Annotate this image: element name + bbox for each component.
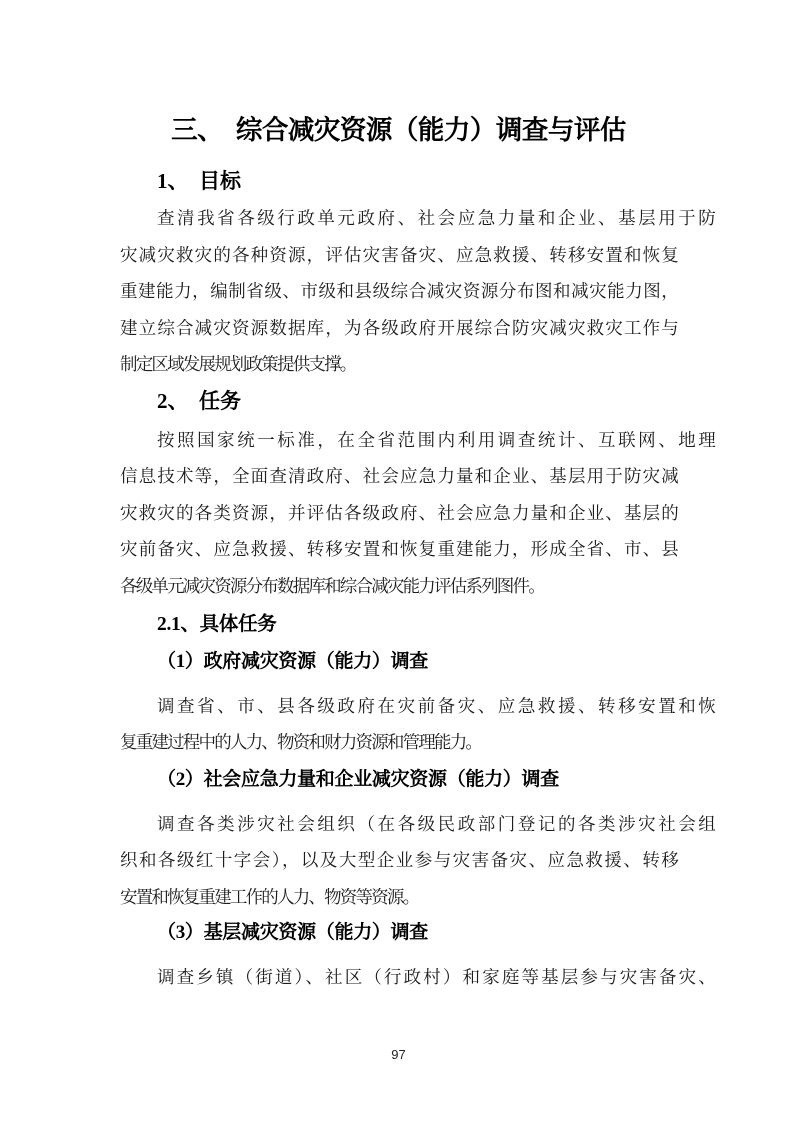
paragraph-line: 各级单元减灾资源分布数据库和综合减灾能力评估系列图件。 xyxy=(120,574,677,598)
heading-subtask: 2.1、具体任务 xyxy=(120,612,714,638)
paragraph-line: 复重建过程中的人力、物资和财力资源和管理能力。 xyxy=(120,730,677,754)
document-page: 三、 综合减灾资源（能力）调查与评估 1、 目标 查清我省各级行政单元政府、社会… xyxy=(0,0,793,1122)
heading-task: 2、 任务 xyxy=(120,388,714,414)
heading-item2: （2）社会应急力量和企业减灾资源（能力）调查 xyxy=(120,767,714,793)
paragraph-line: 信息技术等，全面查清政府、社会应急力量和企业、基层用于防灾减 xyxy=(120,464,677,488)
page-number: 97 xyxy=(120,1046,677,1064)
section-title: 三、 综合减灾资源（能力）调查与评估 xyxy=(120,112,677,148)
paragraph-line: 安置和恢复重建工作的人力、物资等资源。 xyxy=(120,885,677,909)
heading-item1: （1）政府减灾资源（能力）调查 xyxy=(120,649,714,675)
paragraph-line: 调查各类涉灾社会组织（在各级民政部门登记的各类涉灾社会组 xyxy=(120,812,714,836)
page-content: 三、 综合减灾资源（能力）调查与评估 1、 目标 查清我省各级行政单元政府、社会… xyxy=(120,0,677,1122)
paragraph-line: 重建能力，编制省级、市级和县级综合减灾资源分布图和减灾能力图， xyxy=(120,279,677,303)
paragraph-line: 灾减灾救灾的各种资源，评估灾害备灾、应急救援、转移安置和恢复 xyxy=(120,243,677,267)
paragraph-line: 灾救灾的各类资源，并评估各级政府、社会应急力量和企业、基层的 xyxy=(120,501,677,525)
heading-item3: （3）基层减灾资源（能力）调查 xyxy=(120,920,714,946)
paragraph-line: 制定区域发展规划政策提供支撑。 xyxy=(120,352,677,376)
paragraph-line: 调查乡镇（街道）、社区（行政村）和家庭等基层参与灾害备灾、 xyxy=(120,965,714,989)
paragraph-line: 调查省、市、县各级政府在灾前备灾、应急救援、转移安置和恢 xyxy=(120,694,714,718)
paragraph-line: 查清我省各级行政单元政府、社会应急力量和企业、基层用于防 xyxy=(120,206,714,230)
paragraph-line: 建立综合减灾资源数据库，为各级政府开展综合防灾减灾救灾工作与 xyxy=(120,316,677,340)
paragraph-line: 织和各级红十字会），以及大型企业参与灾害备灾、应急救援、转移 xyxy=(120,848,677,872)
paragraph-line: 按照国家统一标准，在全省范围内利用调查统计、互联网、地理 xyxy=(120,428,714,452)
heading-goal: 1、 目标 xyxy=(120,168,714,194)
paragraph-line: 灾前备灾、应急救援、转移安置和恢复重建能力，形成全省、市、县 xyxy=(120,537,677,561)
